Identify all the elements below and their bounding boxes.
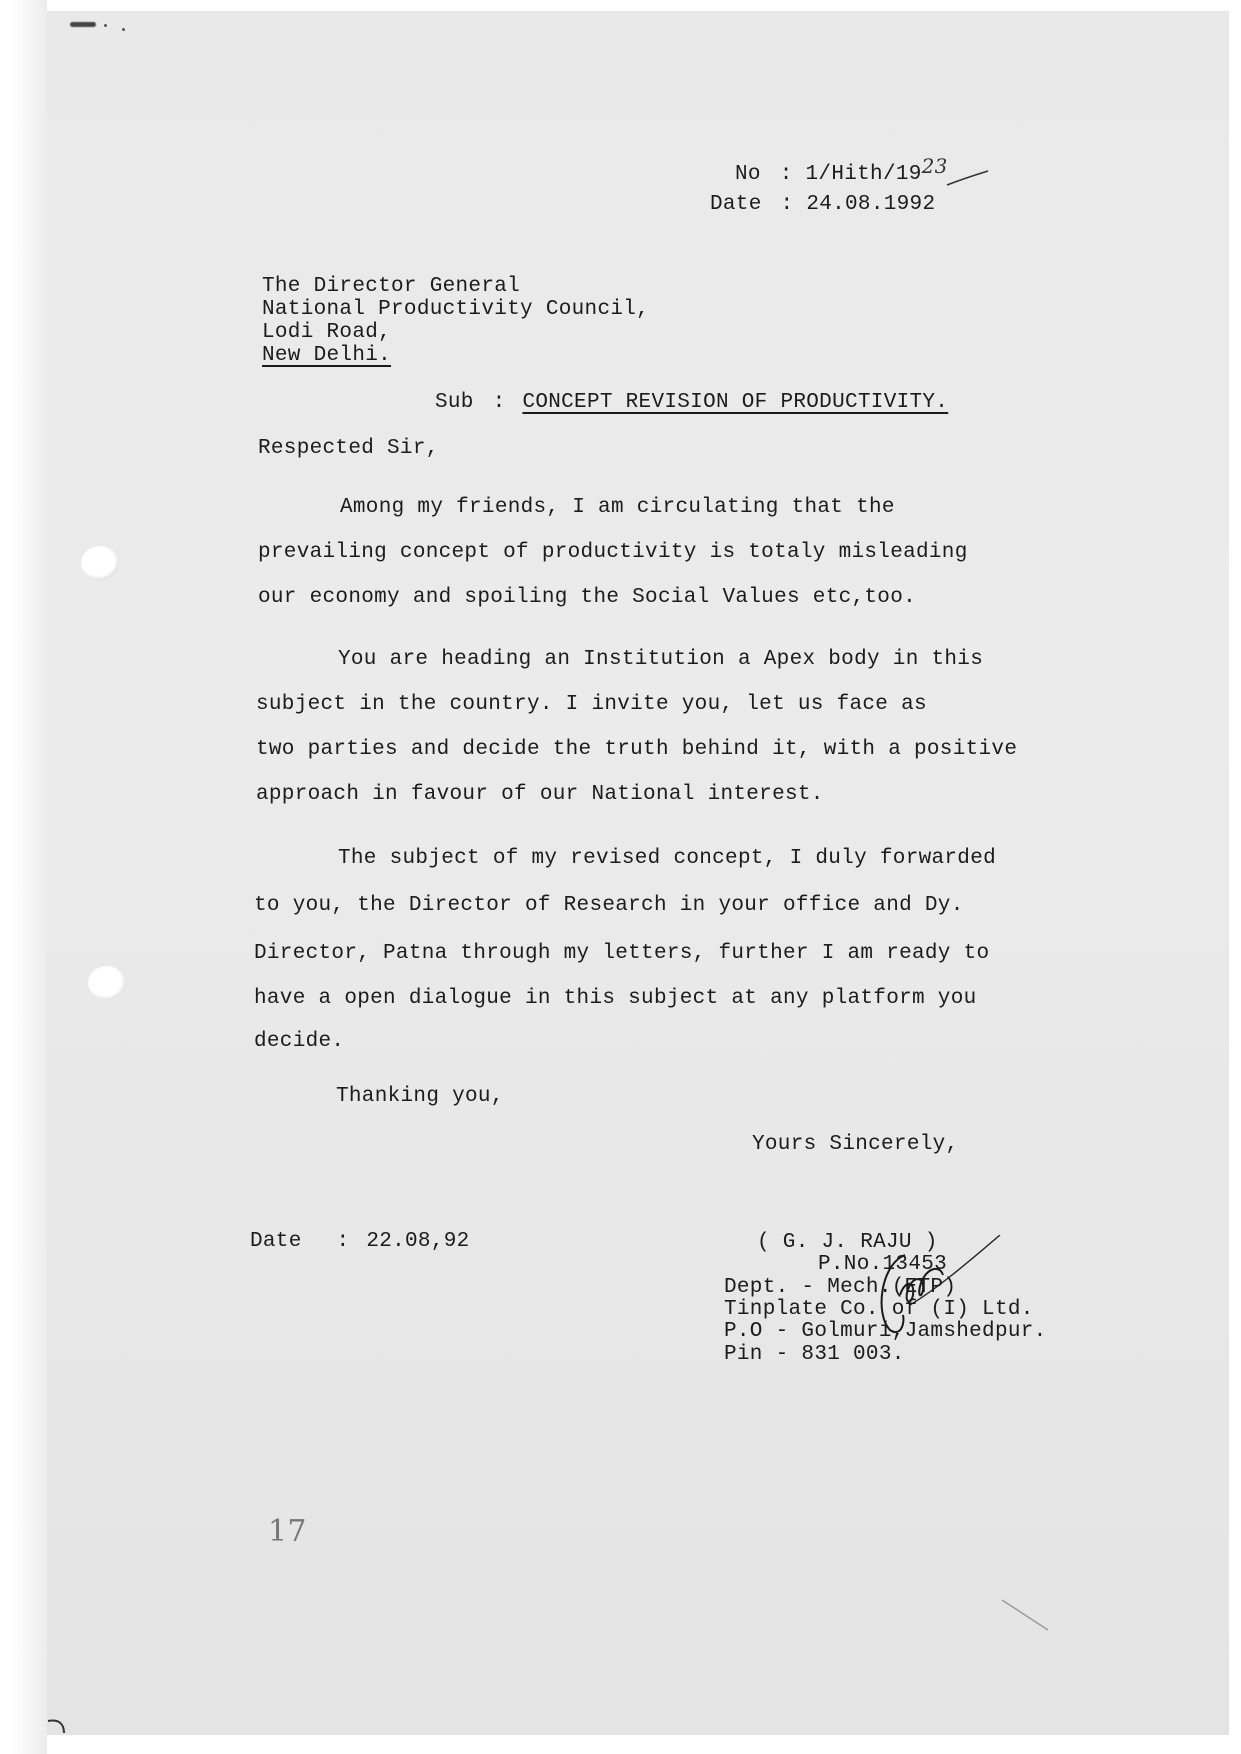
paragraph-2-line: two parties and decide the truth behind … xyxy=(256,738,1017,761)
reference-number: No : 1/Hith/1923 xyxy=(735,160,948,186)
reference-date: Date : 24.08.1992 xyxy=(710,193,935,216)
salutation: Respected Sir, xyxy=(258,437,439,460)
punch-hole xyxy=(88,966,126,1000)
page-annotation: 17 xyxy=(268,1514,307,1549)
subject-line: Sub : CONCEPT REVISION OF PRODUCTIVITY. xyxy=(435,391,948,414)
page-corner-fold xyxy=(46,1715,76,1737)
valediction: Yours Sincerely, xyxy=(752,1133,958,1156)
subject-label: Sub xyxy=(435,391,474,414)
sender-line: Pin - 831 003. xyxy=(724,1343,905,1366)
paragraph-3-line: to you, the Director of Research in your… xyxy=(254,894,964,917)
closing: Thanking you, xyxy=(336,1085,504,1108)
handwritten-number: 23 xyxy=(922,154,948,178)
paragraph-1-line: our economy and spoiling the Social Valu… xyxy=(258,586,916,609)
addressee-line: Lodi Road, xyxy=(262,321,391,344)
sender-name: ( G. J. RAJU ) xyxy=(757,1231,938,1254)
paragraph-1-line: prevailing concept of productivity is to… xyxy=(258,541,968,564)
handwritten-stroke xyxy=(945,168,990,188)
paragraph-3-line: decide. xyxy=(254,1030,344,1053)
paragraph-2-line: You are heading an Institution a Apex bo… xyxy=(338,648,983,671)
sender-line: P.O - Golmuri,Jamshedpur. xyxy=(724,1320,1047,1343)
paragraph-2-line: subject in the country. I invite you, le… xyxy=(256,693,927,716)
addressee-city: New Delhi. xyxy=(262,344,391,367)
paragraph-1-line: Among my friends, I am circulating that … xyxy=(340,496,895,519)
scan-speck xyxy=(104,24,107,27)
paragraph-3-line: Director, Patna through my letters, furt… xyxy=(254,942,989,965)
sender-line: Dept. - Mech.(ETP) xyxy=(724,1276,956,1299)
subject-text: CONCEPT REVISION OF PRODUCTIVITY. xyxy=(522,391,948,414)
scan-smudge xyxy=(70,22,96,27)
sender-line: Tinplate Co. of (I) Ltd. xyxy=(724,1298,1034,1321)
punch-hole xyxy=(81,546,119,580)
paragraph-2-line: approach in favour of our National inter… xyxy=(256,783,824,806)
paragraph-3-line: The subject of my revised concept, I dul… xyxy=(338,847,996,870)
sender-line: P.No.13453 xyxy=(818,1253,947,1276)
addressee-line: The Director General xyxy=(262,275,520,298)
paragraph-3-line: have a open dialogue in this subject at … xyxy=(254,987,977,1010)
footer-date: Date : 22.08,92 xyxy=(250,1230,470,1253)
scan-scratch xyxy=(1000,1598,1060,1638)
scan-speck xyxy=(122,28,125,31)
letter-page xyxy=(47,11,1229,1735)
addressee-line: National Productivity Council, xyxy=(262,298,649,321)
scan-margin xyxy=(11,0,47,1754)
